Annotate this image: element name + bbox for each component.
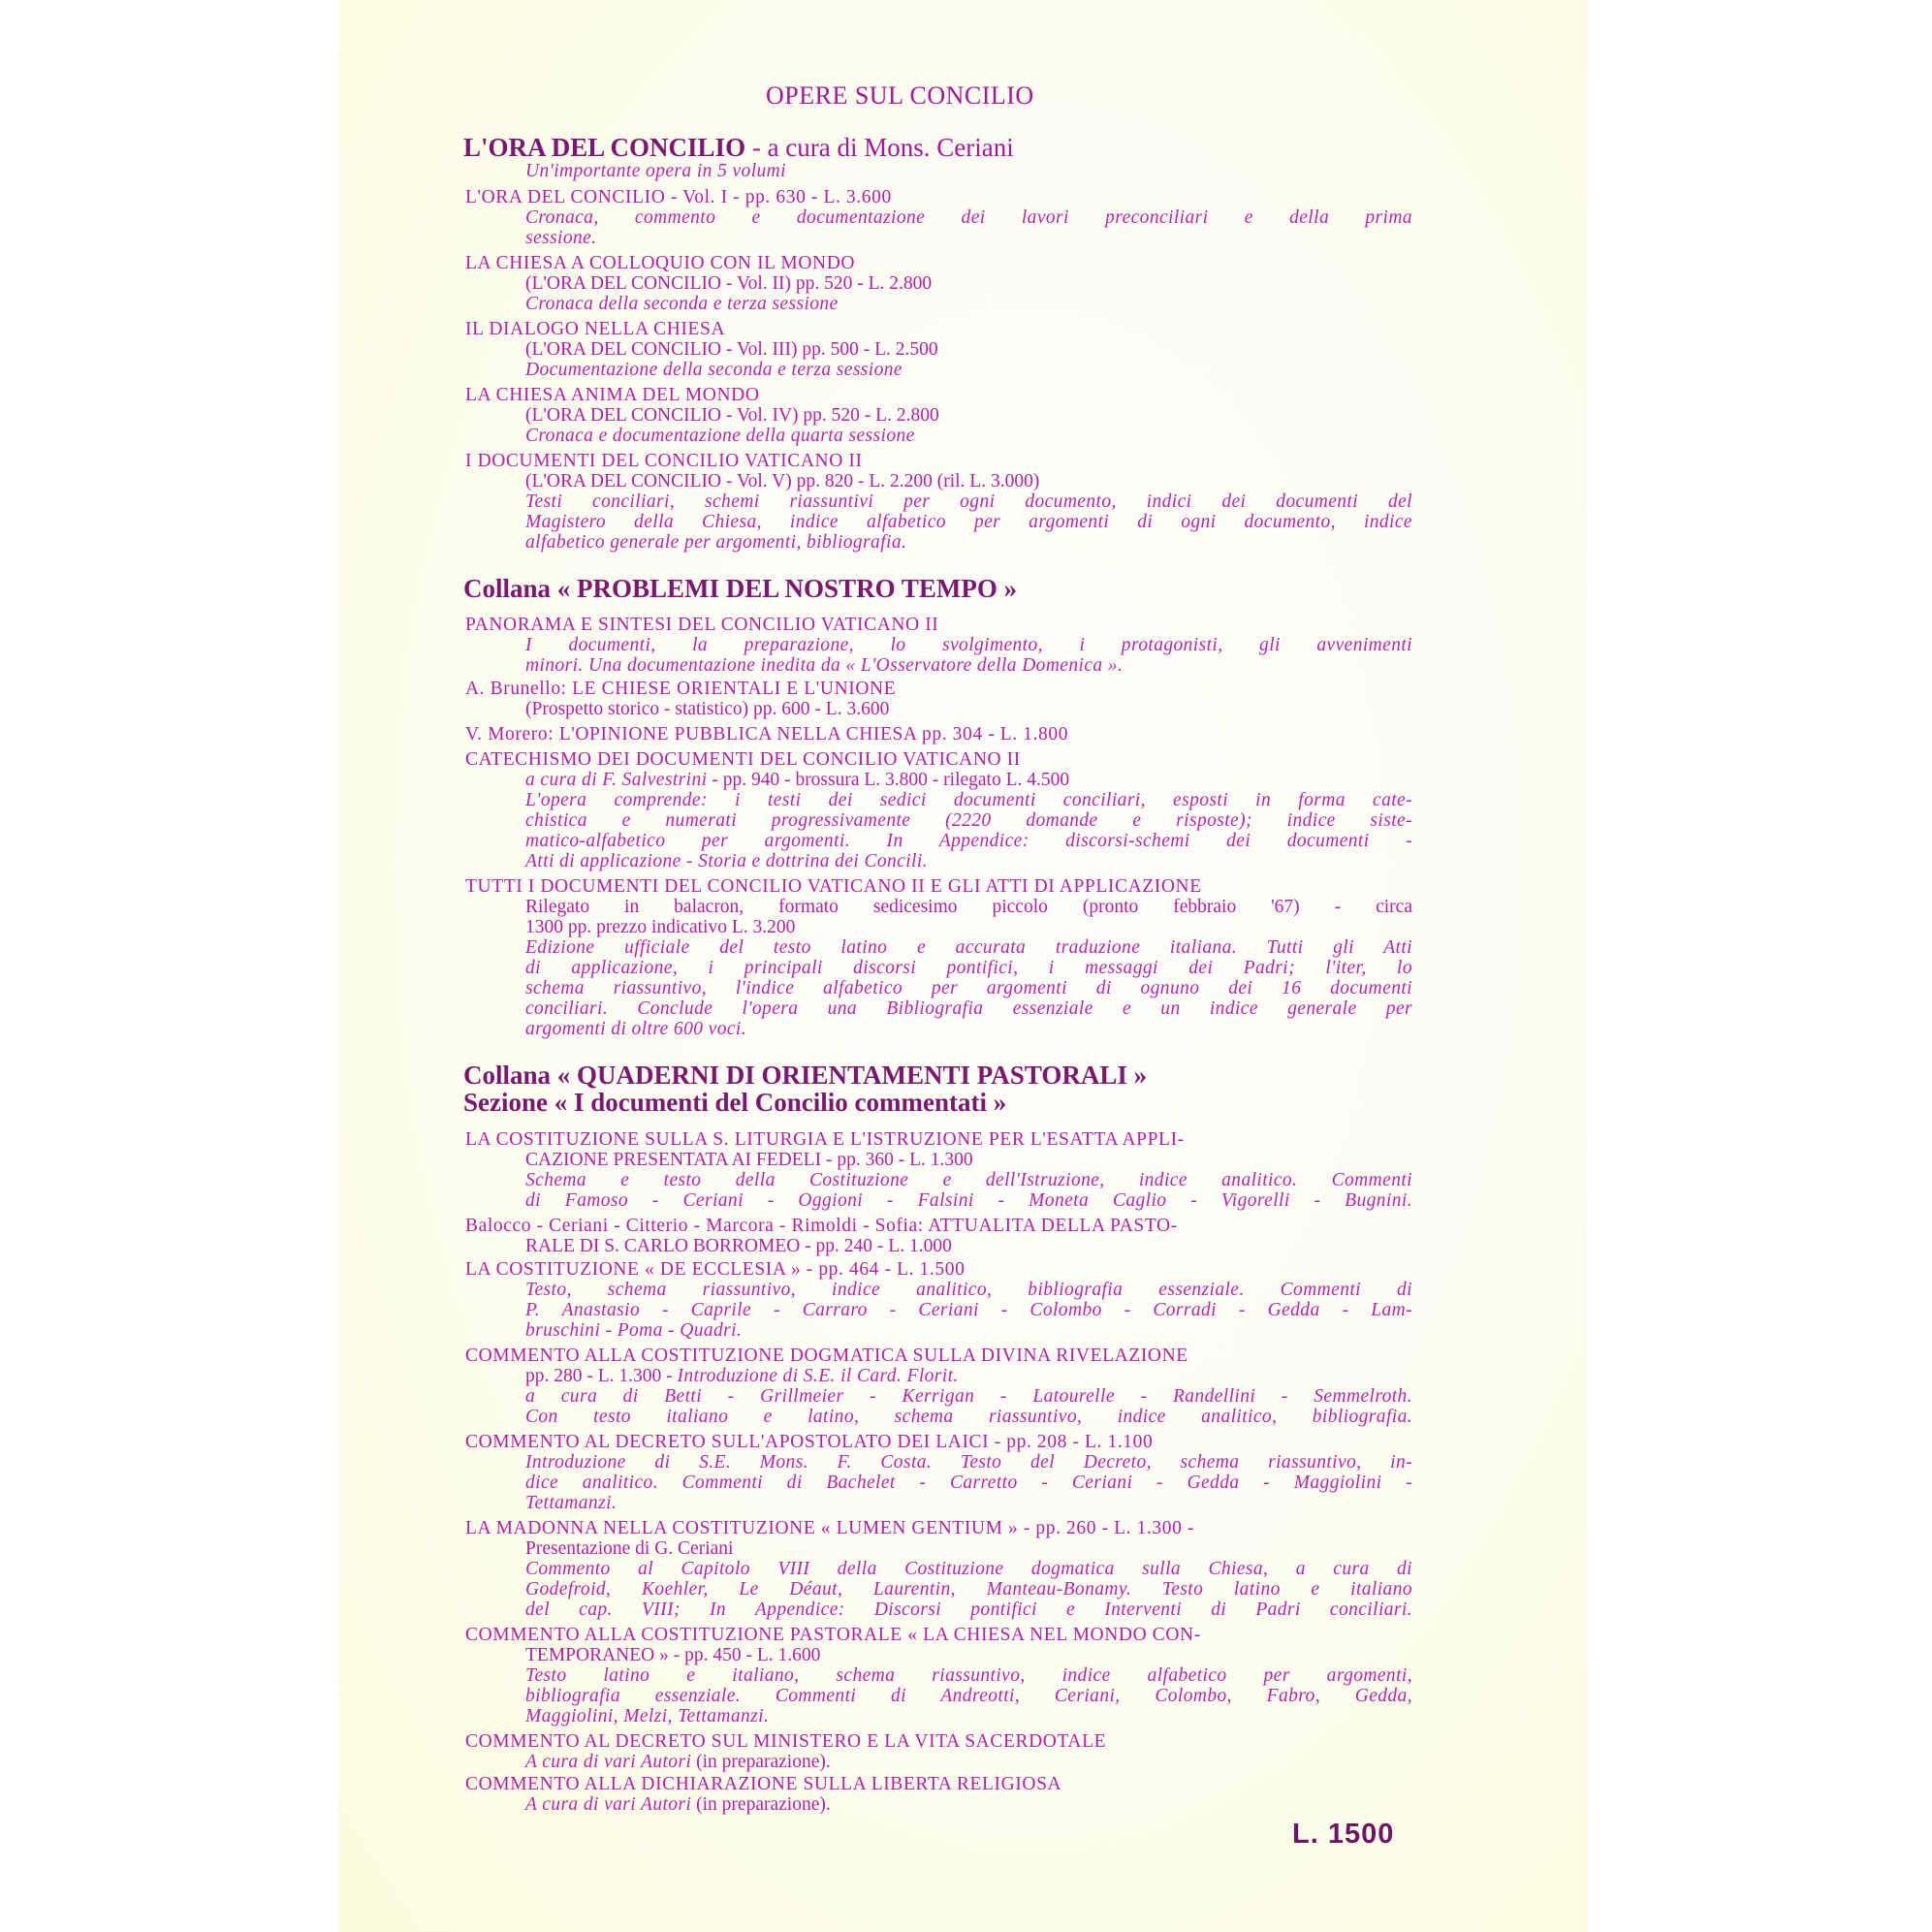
entry-description: Atti di applicazione - Storia e dottrina… (525, 851, 928, 871)
entry-description: bruschini - Poma - Quadri. (525, 1320, 742, 1341)
entry-description: matico-alfabetico per argomenti. In Appe… (525, 831, 1412, 851)
entry-description: chistica e numerati progressivamente (22… (525, 810, 1412, 831)
cover-price: L. 1500 (1292, 1819, 1394, 1851)
entry-description: bibliografia essenziale. Commenti di And… (525, 1686, 1412, 1706)
entry-description: sessione. (525, 228, 596, 248)
entry-description: dice analitico. Commenti di Bachelet - C… (525, 1473, 1412, 1493)
section-heading-ora-del-concilio: L'ORA DEL CONCILIO - a cura di Mons. Cer… (463, 133, 1014, 162)
entry-title: COMMENTO ALLA COSTITUZIONE PASTORALE « L… (465, 1625, 1201, 1645)
entry-details: (L'ORA DEL CONCILIO - Vol. III) pp. 500 … (525, 339, 938, 360)
entry-details: (Prospetto storico - statistico) pp. 600… (525, 699, 889, 719)
entry-description: L'opera comprende: i testi dei sedici do… (525, 790, 1412, 810)
entry-description: argomenti di oltre 600 voci. (525, 1019, 746, 1039)
entry-description: Godefroid, Koehler, Le Déaut, Laurentin,… (525, 1579, 1412, 1599)
entry-description: Magistero della Chiesa, indice alfabetic… (525, 512, 1412, 532)
section-heading-quaderni: Collana « QUADERNI DI ORIENTAMENTI PASTO… (463, 1061, 1147, 1090)
entry-description: schema riassuntivo, l'indice alfabetico … (525, 978, 1412, 998)
entry-title: CATECHISMO DEI DOCUMENTI DEL CONCILIO VA… (465, 749, 1021, 770)
entry-description: Testo, schema riassuntivo, indice analit… (525, 1280, 1412, 1300)
status: (in preparazione). (691, 1752, 830, 1772)
entry-description: Con testo italiano e latino, schema rias… (525, 1407, 1412, 1427)
entry-description: Edizione ufficiale del testo latino e ac… (525, 937, 1412, 958)
entry-description: alfabetico generale per argomenti, bibli… (525, 532, 906, 553)
catalog-page: OPERE SUL CONCILIO L'ORA DEL CONCILIO - … (339, 0, 1587, 1932)
entry-title: COMMENTO AL DECRETO SUL MINISTERO E LA V… (465, 1731, 1106, 1752)
entry-title: Balocco - Ceriani - Citterio - Marcora -… (465, 1216, 1178, 1236)
page-title: OPERE SUL CONCILIO (766, 81, 1034, 111)
entry-description: Maggiolini, Melzi, Tettamanzi. (525, 1706, 769, 1726)
entry-description: Tettamanzi. (525, 1493, 617, 1513)
entry-title: COMMENTO ALLA COSTITUZIONE DOGMATICA SUL… (465, 1346, 1188, 1366)
entry-details: (L'ORA DEL CONCILIO - Vol. V) pp. 820 - … (525, 471, 1039, 491)
entry-details: A cura di vari Autori (in preparazione). (525, 1794, 831, 1815)
entry-description: Testo latino e italiano, schema riassunt… (525, 1665, 1412, 1686)
entry-title: COMMENTO ALLA DICHIARAZIONE SULLA LIBERT… (465, 1774, 1061, 1794)
entry-description: P. Anastasio - Caprile - Carraro - Ceria… (525, 1300, 1412, 1320)
entry-details: Presentazione di G. Ceriani (525, 1538, 733, 1559)
subtitle: Un'importante opera in 5 volumi (525, 161, 786, 181)
entry-title: COMMENTO AL DECRETO SULL'APOSTOLATO DEI … (465, 1432, 1153, 1452)
entry-title-cont: CAZIONE PRESENTATA AI FEDELI - pp. 360 -… (525, 1150, 973, 1170)
entry-title: L'ORA DEL CONCILIO - Vol. I - pp. 630 - … (465, 187, 892, 207)
entry-title: I DOCUMENTI DEL CONCILIO VATICANO II (465, 451, 863, 471)
pricing: - pp. 940 - brossura L. 3.800 - rilegato… (707, 770, 1069, 790)
pricing: pp. 280 - L. 1.300 - (525, 1366, 678, 1386)
section-subheading-documenti: Sezione « I documenti del Concilio comme… (463, 1088, 1006, 1117)
entry-details: 1300 pp. prezzo indicativo L. 3.200 (525, 917, 795, 937)
entry-title: LA MADONNA NELLA COSTITUZIONE « LUMEN GE… (465, 1518, 1194, 1538)
entry-description: Documentazione della seconda e terza ses… (525, 360, 903, 380)
entry-description: Cronaca e documentazione della quarta se… (525, 426, 915, 446)
entry-description: di Famoso - Ceriani - Oggioni - Falsini … (525, 1190, 1412, 1211)
editor: A cura di vari Autori (525, 1752, 691, 1772)
entry-description: Testi conciliari, schemi riassuntivi per… (525, 491, 1412, 512)
section-heading-problemi: Collana « PROBLEMI DEL NOSTRO TEMPO » (463, 574, 1017, 603)
entry-details: pp. 280 - L. 1.300 - Introduzione di S.E… (525, 1366, 959, 1386)
entry-title: LA CHIESA A COLLOQUIO CON IL MONDO (465, 253, 855, 273)
entry-description: conciliari. Conclude l'opera una Bibliog… (525, 998, 1412, 1019)
entry-title-cont: TEMPORANEO » - pp. 450 - L. 1.600 (525, 1645, 820, 1665)
entry-title: LA COSTITUZIONE SULLA S. LITURGIA E L'IS… (465, 1129, 1185, 1150)
entry-title: PANORAMA E SINTESI DEL CONCILIO VATICANO… (465, 615, 938, 635)
entry-title-cont: RALE DI S. CARLO BORROMEO - pp. 240 - L.… (525, 1236, 952, 1256)
entry-details: a cura di F. Salvestrini - pp. 940 - bro… (525, 770, 1069, 790)
entry-description: Cronaca, commento e documentazione dei l… (525, 207, 1412, 228)
entry-description: del cap. VIII; In Appendice: Discorsi po… (525, 1599, 1412, 1620)
entry-title: LA COSTITUZIONE « DE ECCLESIA » - pp. 46… (465, 1259, 965, 1280)
entry-description: Schema e testo della Costituzione e dell… (525, 1170, 1412, 1190)
heading-editor: - a cura di Mons. Ceriani (745, 133, 1014, 162)
entry-description: di applicazione, i principali discorsi p… (525, 958, 1412, 978)
introduction: Introduzione di S.E. il Card. Florit. (678, 1366, 959, 1386)
editor: a cura di F. Salvestrini (525, 770, 707, 790)
entry-title: A. Brunello: LE CHIESE ORIENTALI E L'UNI… (465, 679, 896, 699)
heading-bold: L'ORA DEL CONCILIO (463, 133, 745, 162)
entry-description: a cura di Betti - Grillmeier - Kerrigan … (525, 1386, 1412, 1407)
entry-title: IL DIALOGO NELLA CHIESA (465, 319, 725, 339)
status: (in preparazione). (691, 1794, 830, 1815)
entry-title: TUTTI I DOCUMENTI DEL CONCILIO VATICANO … (465, 876, 1202, 897)
entry-description: Cronaca della seconda e terza sessione (525, 294, 839, 314)
entry-details: (L'ORA DEL CONCILIO - Vol. II) pp. 520 -… (525, 273, 932, 294)
editor: A cura di vari Autori (525, 1794, 691, 1815)
entry-description: I documenti, la preparazione, lo svolgim… (525, 635, 1412, 655)
entry-description: minori. Una documentazione inedita da « … (525, 655, 1123, 676)
entry-description: Introduzione di S.E. Mons. F. Costa. Tes… (525, 1452, 1412, 1473)
entry-details: A cura di vari Autori (in preparazione). (525, 1752, 831, 1772)
entry-details: (L'ORA DEL CONCILIO - Vol. IV) pp. 520 -… (525, 405, 939, 426)
entry-details: Rilegato in balacron, formato sedicesimo… (525, 897, 1412, 917)
entry-description: Commento al Capitolo VIII della Costituz… (525, 1559, 1412, 1579)
entry-title: V. Morero: L'OPINIONE PUBBLICA NELLA CHI… (465, 724, 1068, 744)
entry-title: LA CHIESA ANIMA DEL MONDO (465, 385, 760, 405)
